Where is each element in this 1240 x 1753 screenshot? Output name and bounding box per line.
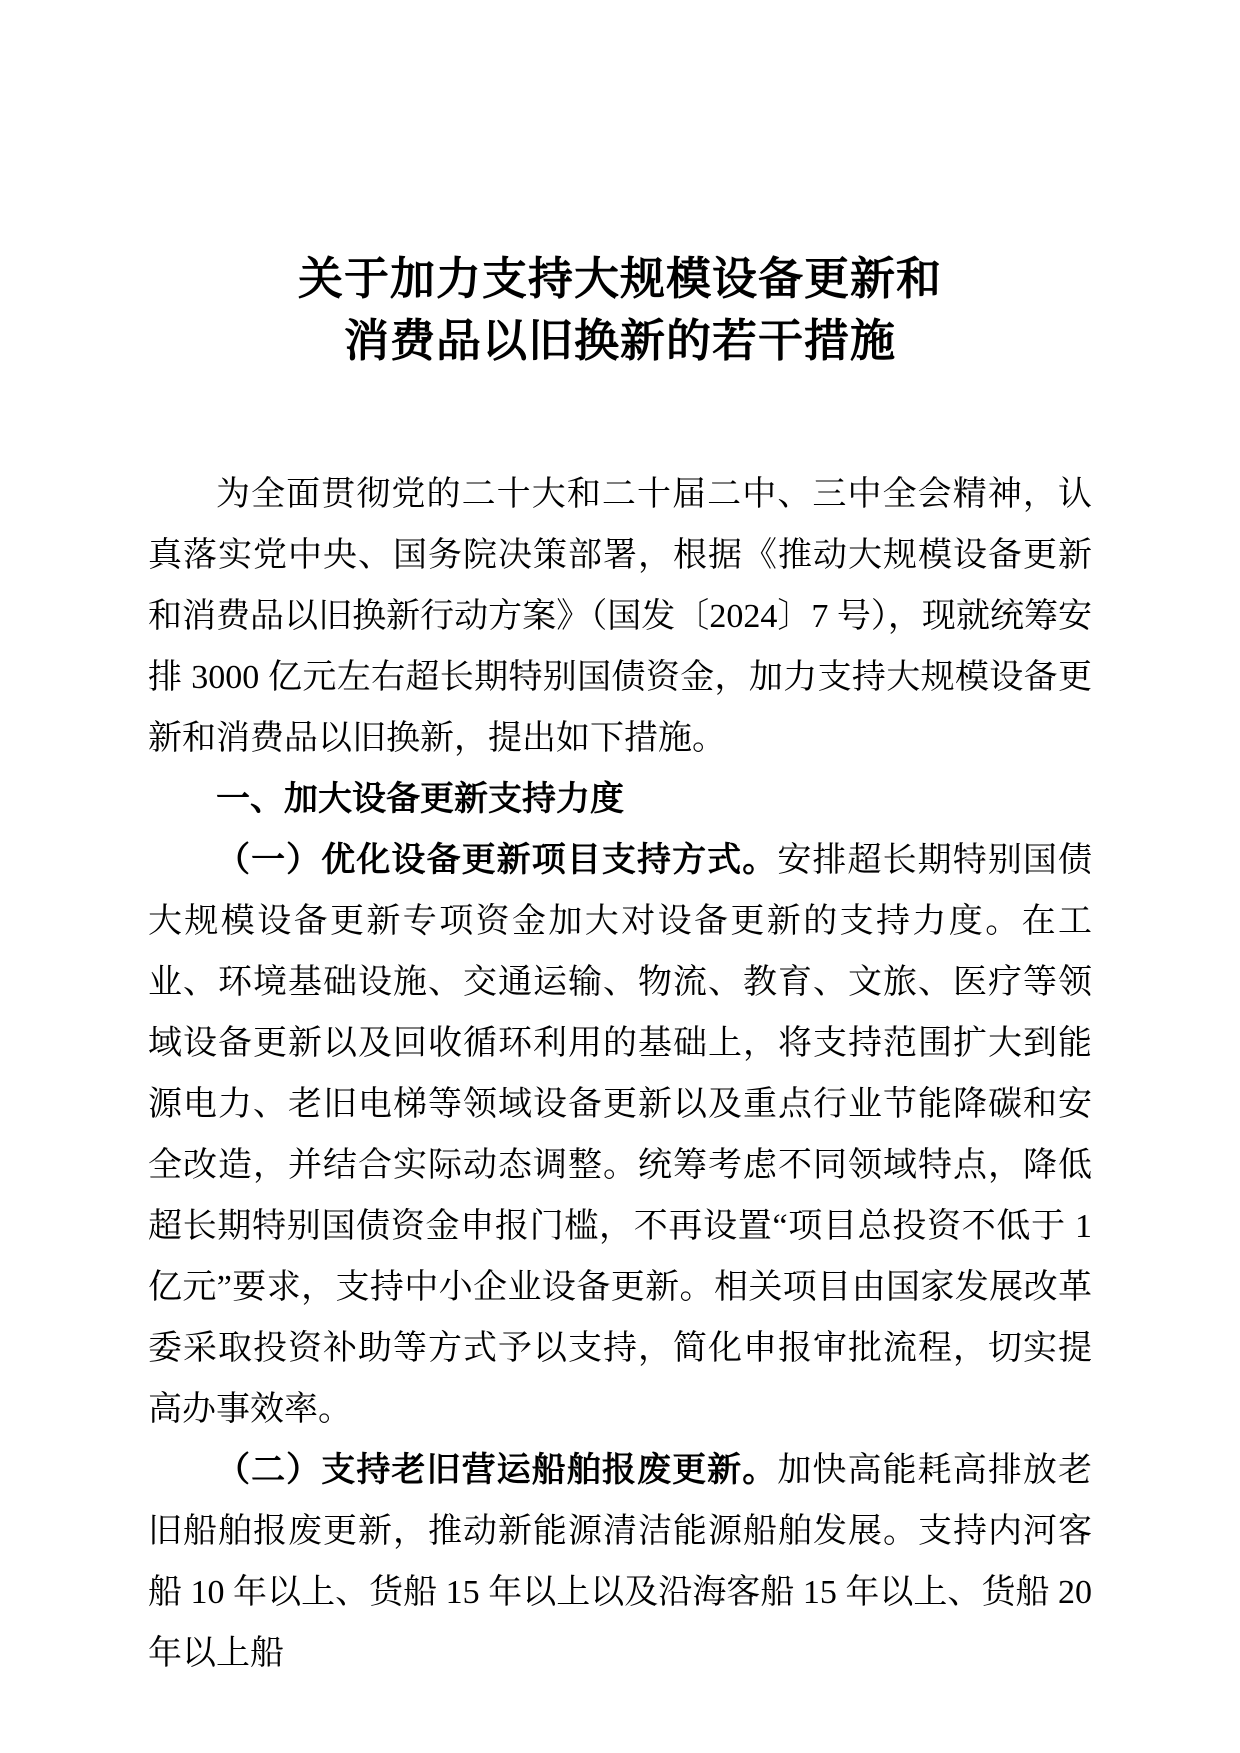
section-1-item-1-lead: （一）优化设备更新项目支持方式。 [216,842,777,879]
section-1-item-2-paragraph: （二）支持老旧营运船舶报废更新。加快高能耗高排放老旧船舶报废更新，推动新能源清洁… [148,1440,1092,1684]
title-line-1: 关于加力支持大规模设备更新和 [148,248,1092,310]
intro-paragraph: 为全面贯彻党的二十大和二十届二中、三中全会精神，认真落实党中央、国务院决策部署，… [148,464,1092,769]
section-1-item-2-lead: （二）支持老旧营运船舶报废更新。 [216,1452,777,1489]
section-1-item-1-text: 安排超长期特别国债大规模设备更新专项资金加大对设备更新的支持力度。在工业、环境基… [148,842,1092,1428]
section-1-heading: 一、加大设备更新支持力度 [148,769,1092,830]
section-1-item-1-paragraph: （一）优化设备更新项目支持方式。安排超长期特别国债大规模设备更新专项资金加大对设… [148,830,1092,1440]
title-line-2: 消费品以旧换新的若干措施 [148,310,1092,372]
document-page: 关于加力支持大规模设备更新和 消费品以旧换新的若干措施 为全面贯彻党的二十大和二… [0,0,1240,1753]
document-title: 关于加力支持大规模设备更新和 消费品以旧换新的若干措施 [148,248,1092,372]
